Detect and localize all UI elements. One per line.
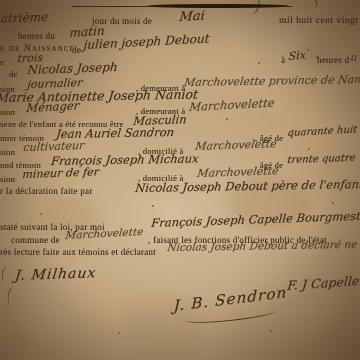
decorative-rule-swell xyxy=(148,4,288,8)
handwritten-hour-suffix: u soir xyxy=(350,49,360,64)
printed-commune-de: commune de xyxy=(11,235,60,245)
paper-speck xyxy=(307,49,309,51)
printed-ne-le-fragment: e xyxy=(0,57,4,67)
paper-speck xyxy=(308,148,310,150)
ink-stroke xyxy=(1,265,12,282)
paper-speck xyxy=(226,118,228,120)
ink-stroke xyxy=(306,0,319,10)
handwritten-declarant: Nicolas Joseph Debout père de l'enfant xyxy=(135,177,360,195)
paper-speck xyxy=(118,332,120,334)
printed-profession-fragment: sion xyxy=(0,147,15,157)
paper-speck xyxy=(332,202,334,204)
paper-speck xyxy=(40,213,42,215)
paper-speck xyxy=(258,62,260,64)
printed-profession-fragment: sion xyxy=(0,107,15,117)
printed-a: à xyxy=(281,55,285,65)
printed-lecture-faite: rès lecture faite aux témoins et déclara… xyxy=(0,247,156,257)
signature-milhaux: J. Milhaux xyxy=(14,265,97,284)
handwritten-father-name: Nicolas Joseph xyxy=(27,60,119,77)
handwritten-closing-declaration: Nicolas Joseph Debout a déclaré ne xyxy=(167,239,359,254)
handwritten-day-of-month: quatrième xyxy=(0,10,49,26)
handwritten-witness2-profession: mineur de fer xyxy=(22,165,100,181)
handwritten-witness2-age: trente quatre xyxy=(287,153,356,166)
signature-capelle: F. J Capelle xyxy=(287,273,360,293)
printed-heures-d: heures d xyxy=(317,55,349,65)
handwritten-mother-profession: Ménager xyxy=(26,98,80,115)
printed-fils-de-fragment: de xyxy=(9,69,18,79)
handwritten-witness1-age: quarante huit xyxy=(287,124,358,139)
handwritten-mother-residence: Marchovelette xyxy=(189,96,276,114)
printed-declaration-faite-par: r la déclaration faite par xyxy=(0,186,92,196)
handwritten-birth-hour: Six xyxy=(288,48,306,62)
printed-de: de xyxy=(72,45,81,55)
ink-stroke xyxy=(6,285,18,304)
handwritten-month: Mai xyxy=(179,9,206,25)
handwritten-witness1-profession: cultivateur xyxy=(23,139,85,154)
document-page: quatrième jour du mois de Mai mil huit c… xyxy=(0,0,360,360)
printed-heures-du: heures du xyxy=(18,31,55,41)
paper-speck xyxy=(152,205,154,207)
printed-profession-fragment: sion xyxy=(0,174,15,184)
paper-speck xyxy=(270,330,272,332)
handwritten-witness1-domicile: Marchovelette xyxy=(194,137,277,153)
printed-year: mil huit cent vingt xyxy=(279,16,358,26)
handwritten-father-residence: Marchovelette province de Namur xyxy=(183,73,360,89)
